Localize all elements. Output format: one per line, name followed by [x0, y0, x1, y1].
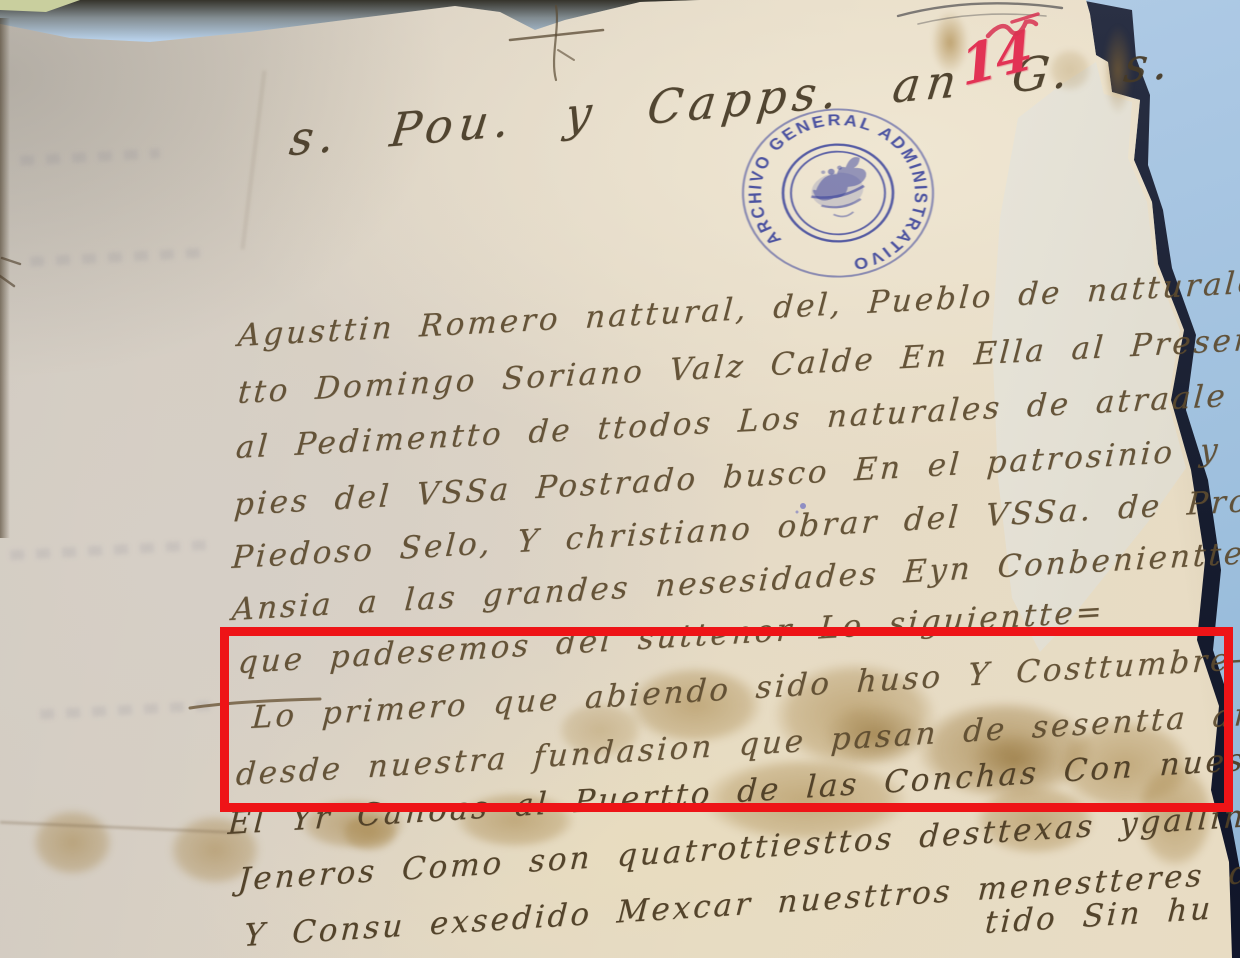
photo-of-manuscript: s. Pou. y Capps. an G. s. Agusttin Romer… [0, 0, 1240, 958]
paper-stain [15, 795, 130, 890]
eagle-crest-icon [804, 156, 874, 221]
page-left-edge-shadow [0, 18, 10, 538]
archive-stamp: ARCHIVO GENERAL ADMINISTRATIVO [728, 96, 949, 290]
highlight-annotation-box [220, 627, 1233, 812]
